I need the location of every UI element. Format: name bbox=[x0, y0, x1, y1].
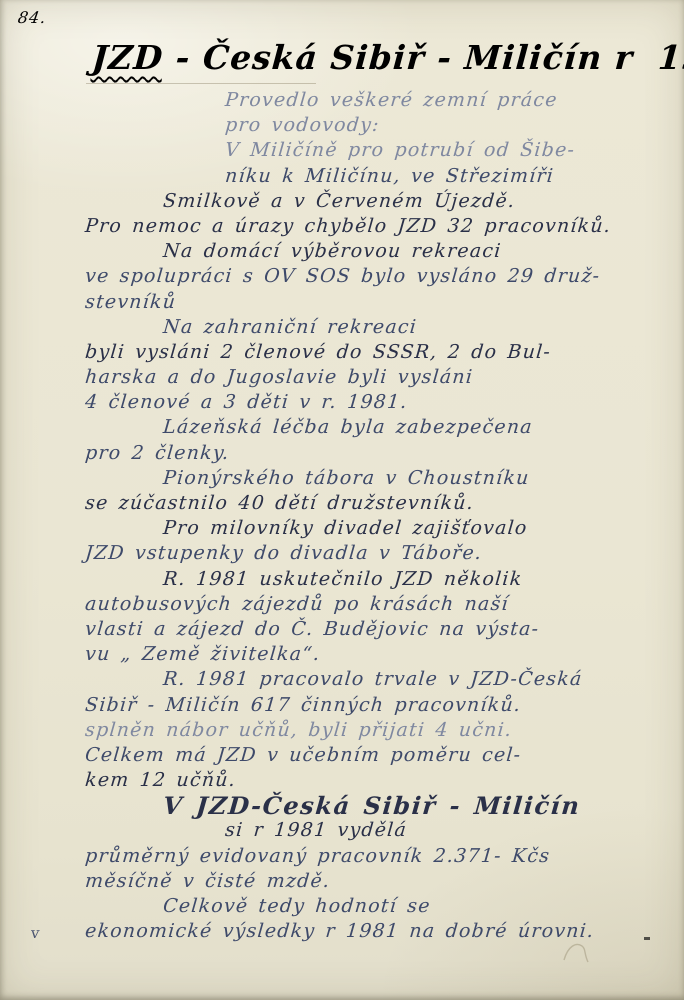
handwritten-line: Lázeňská léčba byla zabezpečena bbox=[84, 415, 666, 440]
handwritten-line: ve spolupráci s OV SOS bylo vysláno 29 d… bbox=[84, 264, 666, 289]
line-text: Na domácí výběrovou rekreaci bbox=[162, 240, 502, 262]
handwritten-line: pro 2 členky. bbox=[84, 441, 666, 466]
line-text: ve spolupráci s OV SOS bylo vysláno 29 d… bbox=[84, 265, 601, 287]
handwritten-line: vu „ Země živitelka“. bbox=[84, 642, 666, 667]
margin-checkmark: v bbox=[30, 921, 42, 946]
title-jzd-underlined: JZD bbox=[91, 38, 165, 77]
line-text: R. 1981 uskutečnilo JZD několik bbox=[162, 568, 523, 590]
handwritten-line: splněn nábor učňů, byli přijati 4 učni. bbox=[84, 718, 666, 743]
line-text: průměrný evidovaný pracovník 2.371- Kčs bbox=[84, 845, 551, 867]
handwritten-line: Pionýrského tábora v Choustníku bbox=[84, 466, 666, 491]
chronicle-page: 84. JZD - Česká Sibiř - Miličín r 1981 P… bbox=[0, 0, 684, 1000]
line-text: vlasti a zájezd do Č. Budějovic na výsta… bbox=[84, 618, 540, 640]
line-text: pro vodovody: bbox=[224, 114, 381, 136]
line-text: si r 1981 vydělá bbox=[224, 819, 408, 841]
handwritten-line: V JZD-Česká Sibiř - Miličín bbox=[84, 793, 666, 818]
handwritten-line: pro vodovody: bbox=[84, 113, 666, 138]
line-text: Pro milovníky divadel zajišťovalo bbox=[162, 517, 528, 539]
handwritten-line: V Miličíně pro potrubí od Šibe- bbox=[84, 138, 666, 163]
line-text: autobusových zájezdů po krásách naší bbox=[84, 593, 510, 615]
line-text: R. 1981 pracovalo trvale v JZD-Česká bbox=[162, 668, 583, 690]
handwritten-line: R. 1981 uskutečnilo JZD několik bbox=[84, 567, 666, 592]
handwritten-line: průměrný evidovaný pracovník 2.371- Kčs bbox=[84, 844, 666, 869]
line-text: byli vysláni 2 členové do SSSR, 2 do Bul… bbox=[84, 341, 552, 363]
handwritten-line: si r 1981 vydělá bbox=[84, 818, 666, 843]
page-title: JZD - Česká Sibiř - Miličín r 1981 bbox=[91, 38, 684, 77]
line-text: níku k Miličínu, ve Střezimíři bbox=[224, 165, 555, 187]
line-text: Pro nemoc a úrazy chybělo JZD 32 pracovn… bbox=[84, 215, 612, 237]
handwritten-line: autobusových zájezdů po krásách naší bbox=[84, 592, 666, 617]
handwritten-line: byli vysláni 2 členové do SSSR, 2 do Bul… bbox=[84, 340, 666, 365]
handwritten-line: kem 12 učňů. bbox=[84, 768, 666, 793]
line-text: Smilkově a v Červeném Újezdě. bbox=[162, 190, 516, 212]
handwritten-line: JZD vstupenky do divadla v Táboře. bbox=[84, 541, 666, 566]
handwritten-line: Sibiř - Miličín 617 činných pracovníků. bbox=[84, 693, 666, 718]
title-rest: - Česká Sibiř - Miličín r 1981 bbox=[162, 38, 684, 77]
pencil-mark bbox=[560, 940, 606, 966]
line-text: splněn nábor učňů, byli přijati 4 učni. bbox=[84, 719, 513, 741]
line-text: se zúčastnilo 40 dětí družstevníků. bbox=[84, 492, 475, 514]
line-text: Pionýrského tábora v Choustníku bbox=[162, 467, 530, 489]
line-text: měsíčně v čisté mzdě. bbox=[84, 870, 331, 892]
handwritten-line: Pro milovníky divadel zajišťovalo bbox=[84, 516, 666, 541]
line-text: Celkem má JZD v učebním poměru cel- bbox=[84, 744, 522, 766]
line-text: ekonomické výsledky r 1981 na dobré úrov… bbox=[84, 920, 595, 942]
line-text: Lázeňská léčba byla zabezpečena bbox=[162, 416, 534, 438]
line-text: Sibiř - Miličín 617 činných pracovníků. bbox=[84, 694, 522, 716]
handwritten-line: měsíčně v čisté mzdě. bbox=[84, 869, 666, 894]
handwritten-line: se zúčastnilo 40 dětí družstevníků. bbox=[84, 491, 666, 516]
page-body: Provedlo veškeré zemní práce pro vodovod… bbox=[84, 88, 664, 944]
line-text: kem 12 učňů. bbox=[84, 769, 237, 791]
handwritten-line: vlasti a zájezd do Č. Budějovic na výsta… bbox=[84, 617, 666, 642]
line-text: Provedlo veškeré zemní práce bbox=[224, 89, 558, 111]
line-text: JZD vstupenky do divadla v Táboře. bbox=[84, 542, 483, 564]
line-text: V JZD-Česká Sibiř - Miličín bbox=[162, 791, 582, 820]
handwritten-line: Na domácí výběrovou rekreaci bbox=[84, 239, 666, 264]
pencil-guideline bbox=[86, 83, 316, 84]
handwritten-line: stevníků bbox=[84, 290, 666, 315]
handwritten-line: 4 členové a 3 děti v r. 1981. bbox=[84, 390, 666, 415]
line-text: stevníků bbox=[84, 291, 177, 313]
handwritten-line: Smilkově a v Červeném Újezdě. bbox=[84, 189, 666, 214]
handwritten-line: Celkem má JZD v učebním poměru cel- bbox=[84, 743, 666, 768]
ink-speck bbox=[644, 937, 650, 940]
handwritten-line: Na zahraniční rekreaci bbox=[84, 315, 666, 340]
line-text: V Miličíně pro potrubí od Šibe- bbox=[224, 139, 576, 161]
handwritten-line: níku k Miličínu, ve Střezimíři bbox=[84, 164, 666, 189]
handwritten-line: Pro nemoc a úrazy chybělo JZD 32 pracovn… bbox=[84, 214, 666, 239]
line-text: Na zahraniční rekreaci bbox=[162, 316, 418, 338]
line-text: 4 členové a 3 děti v r. 1981. bbox=[84, 391, 408, 413]
handwritten-line: R. 1981 pracovalo trvale v JZD-Česká bbox=[84, 667, 666, 692]
handwritten-line: harska a do Jugoslavie byli vysláni bbox=[84, 365, 666, 390]
page-number: 84. bbox=[17, 8, 48, 27]
line-text: harska a do Jugoslavie byli vysláni bbox=[84, 366, 474, 388]
handwritten-line: Celkově tedy hodnotí se bbox=[84, 894, 666, 919]
handwritten-line: Provedlo veškeré zemní práce bbox=[84, 88, 666, 113]
line-text: pro 2 členky. bbox=[84, 442, 230, 464]
line-text: Celkově tedy hodnotí se bbox=[162, 895, 431, 917]
line-text: vu „ Země živitelka“. bbox=[84, 643, 321, 665]
